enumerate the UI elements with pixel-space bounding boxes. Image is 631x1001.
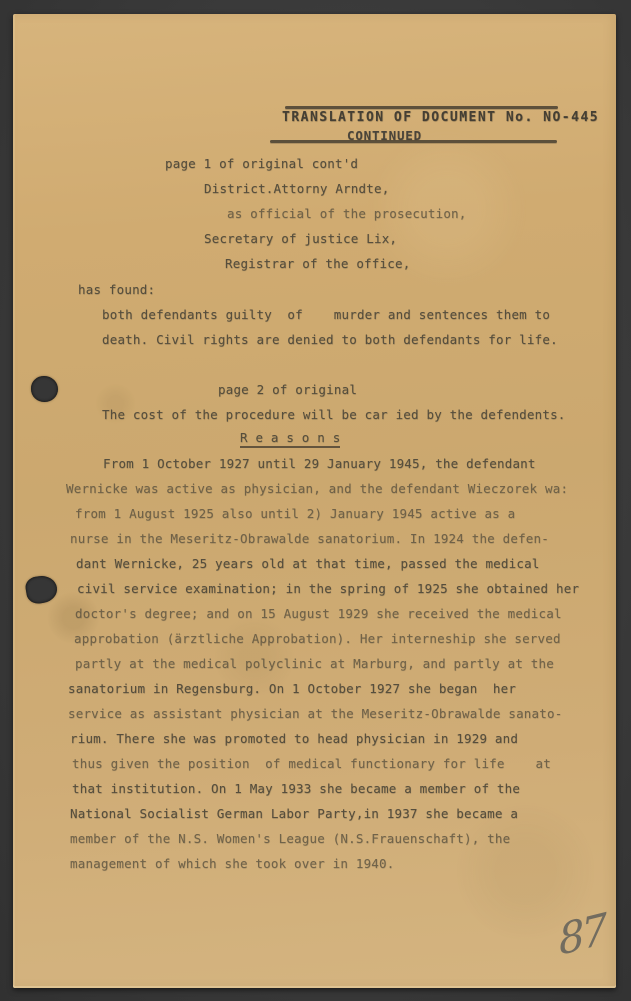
reasons-paragraph-line: that institution. On 1 May 1933 she beca… <box>72 782 520 796</box>
reasons-heading: R e a s o n s <box>240 431 340 448</box>
punch-hole-top <box>31 376 58 402</box>
reasons-paragraph-line: rium. There she was promoted to head phy… <box>70 732 518 746</box>
reasons-paragraph-line: Wernicke was active as physician, and th… <box>66 482 568 496</box>
handwritten-page-number: 87 <box>557 904 607 965</box>
document-page: TRANSLATION OF DOCUMENT No. NO-445 CONTI… <box>13 14 616 988</box>
reasons-paragraph-line: civil service examination; in the spring… <box>77 582 579 596</box>
reasons-paragraph-line: thus given the position of medical funct… <box>72 757 551 771</box>
reasons-paragraph-line: approbation (ärztliche Approbation). Her… <box>74 632 561 646</box>
reasons-paragraph-line: service as assistant physician at the Me… <box>68 707 562 721</box>
verdict-line-1: both defendants guilty of murder and sen… <box>102 308 550 322</box>
reasons-paragraph-line: from 1 August 1925 also until 2) January… <box>75 507 515 521</box>
has-found-line: has found: <box>78 283 155 297</box>
cost-line: The cost of the procedure will be car ie… <box>102 408 566 422</box>
secretary-line: Secretary of justice Lix, <box>204 232 397 246</box>
reasons-paragraph-line: partly at the medical polyclinic at Marb… <box>75 657 554 671</box>
punch-hole-bottom <box>24 574 59 606</box>
reasons-paragraph-line: doctor's degree; and on 15 August 1929 s… <box>75 607 562 621</box>
reasons-paragraph-line: National Socialist German Labor Party,in… <box>70 807 518 821</box>
registrar-line: Registrar of the office, <box>225 257 410 271</box>
reasons-paragraph-line: dant Wernicke, 25 years old at that time… <box>76 557 540 571</box>
verdict-line-2: death. Civil rights are denied to both d… <box>102 333 558 347</box>
prosecution-official-line: as official of the prosecution, <box>227 207 467 221</box>
reasons-paragraph-line: member of the N.S. Women's League (N.S.F… <box>70 832 510 846</box>
page2-heading: page 2 of original <box>218 383 357 397</box>
district-attorney-line: District.Attorny Arndte, <box>204 182 389 196</box>
page1-contd-line: page 1 of original cont'd <box>165 157 358 171</box>
reasons-paragraph-line: From 1 October 1927 until 29 January 194… <box>103 457 536 471</box>
header-rule-top <box>285 106 558 109</box>
reasons-paragraph-line: nurse in the Meseritz-Obrawalde sanatori… <box>70 532 549 546</box>
reasons-paragraph-line: sanatorium in Regensburg. On 1 October 1… <box>68 682 516 696</box>
reasons-paragraph-line: management of which she took over in 194… <box>70 857 394 871</box>
header-rule-bottom <box>270 140 557 143</box>
document-title: TRANSLATION OF DOCUMENT No. NO-445 <box>282 111 599 126</box>
